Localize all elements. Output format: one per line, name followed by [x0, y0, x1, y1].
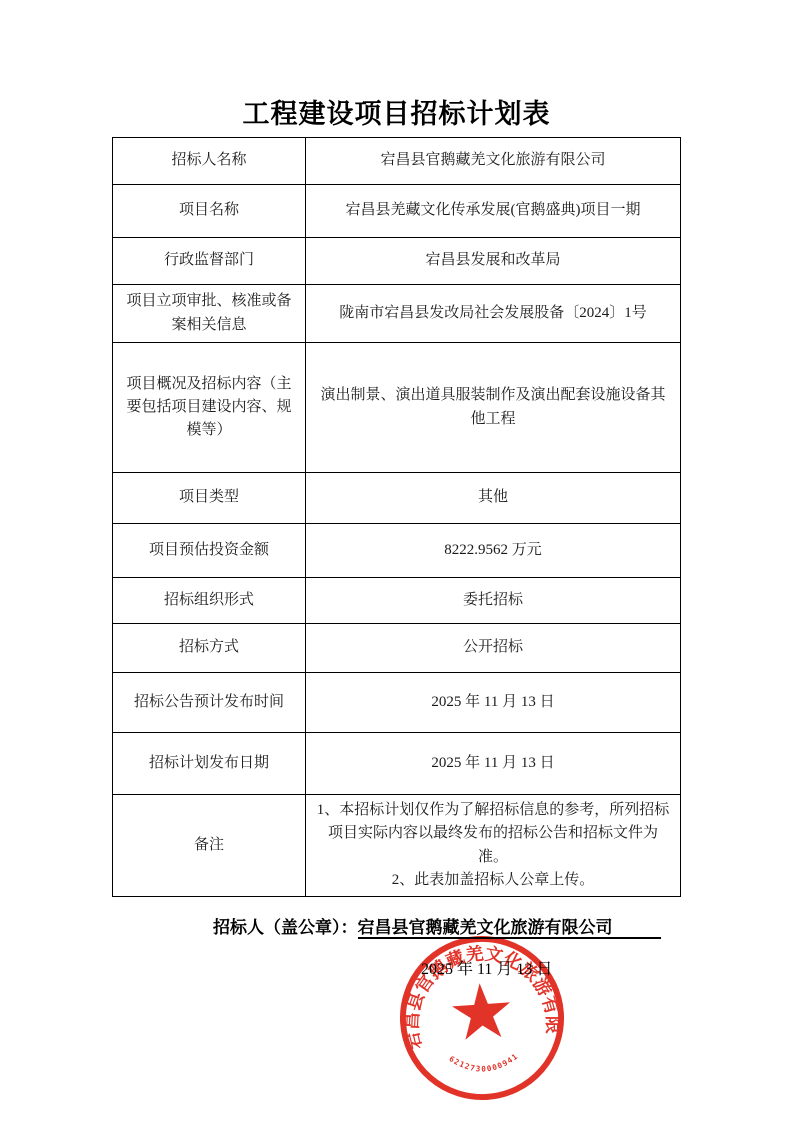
remark-line: 2、此表加盖招标人公章上传。 [314, 869, 672, 892]
row-label: 项目预估投资金额 [113, 524, 306, 578]
table-row: 项目类型 其他 [113, 473, 681, 524]
table-row: 项目名称 宕昌县羌藏文化传承发展(官鹅盛典)项目一期 [113, 185, 681, 238]
table-row: 项目预估投资金额 8222.9562 万元 [113, 524, 681, 578]
table-row: 项目概况及招标内容（主要包括项目建设内容、规模等） 演出制景、演出道具服装制作及… [113, 343, 681, 473]
page-title: 工程建设项目招标计划表 [0, 92, 793, 131]
signature-line: 招标人（盖公章）：宕昌县官鹅藏羌文化旅游有限公司 [213, 913, 661, 938]
row-label: 招标方式 [113, 624, 306, 673]
row-label: 招标组织形式 [113, 578, 306, 624]
signature-label: 招标人（盖公章）： [213, 918, 358, 937]
remark-line: 1、本招标计划仅作为了解招标信息的参考，所列招标项目实际内容以最终发布的招标公告… [314, 799, 672, 869]
row-label: 项目立项审批、核准或备案相关信息 [113, 285, 306, 343]
row-value: 8222.9562 万元 [306, 524, 681, 578]
table-row: 招标人名称 宕昌县官鹅藏羌文化旅游有限公司 [113, 138, 681, 185]
row-value: 演出制景、演出道具服装制作及演出配套设施设备其他工程 [306, 343, 681, 473]
seal-star-icon [451, 981, 513, 1040]
row-label: 行政监督部门 [113, 238, 306, 285]
table-row: 备注 1、本招标计划仅作为了解招标信息的参考，所列招标项目实际内容以最终发布的招… [113, 795, 681, 897]
seal-code-text: 6212730000941 [447, 1049, 521, 1076]
row-label: 项目概况及招标内容（主要包括项目建设内容、规模等） [113, 343, 306, 473]
row-value: 宕昌县官鹅藏羌文化旅游有限公司 [306, 138, 681, 185]
row-label: 项目名称 [113, 185, 306, 238]
row-label: 招标公告预计发布时间 [113, 673, 306, 733]
table-row: 招标方式 公开招标 [113, 624, 681, 673]
row-label: 招标人名称 [113, 138, 306, 185]
row-value: 公开招标 [306, 624, 681, 673]
row-label: 招标计划发布日期 [113, 733, 306, 795]
table-row: 行政监督部门 宕昌县发展和改革局 [113, 238, 681, 285]
row-value: 2025 年 11 月 13 日 [306, 673, 681, 733]
svg-text:6212730000941: 6212730000941 [447, 1049, 521, 1076]
company-seal: 宕昌县官鹅藏羌文化旅游有限公司 6212730000941 [391, 927, 572, 1108]
table-row: 招标计划发布日期 2025 年 11 月 13 日 [113, 733, 681, 795]
row-value: 2025 年 11 月 13 日 [306, 733, 681, 795]
table-row: 招标组织形式 委托招标 [113, 578, 681, 624]
table-row: 招标公告预计发布时间 2025 年 11 月 13 日 [113, 673, 681, 733]
row-value: 其他 [306, 473, 681, 524]
row-label: 项目类型 [113, 473, 306, 524]
row-value: 委托招标 [306, 578, 681, 624]
row-value: 宕昌县发展和改革局 [306, 238, 681, 285]
row-label: 备注 [113, 795, 306, 897]
row-value: 宕昌县羌藏文化传承发展(官鹅盛典)项目一期 [306, 185, 681, 238]
table-row: 项目立项审批、核准或备案相关信息 陇南市宕昌县发改局社会发展股备〔2024〕1号 [113, 285, 681, 343]
bidding-plan-table: 招标人名称 宕昌县官鹅藏羌文化旅游有限公司 项目名称 宕昌县羌藏文化传承发展(官… [112, 137, 681, 897]
row-value-remark: 1、本招标计划仅作为了解招标信息的参考，所列招标项目实际内容以最终发布的招标公告… [306, 795, 681, 897]
row-value: 陇南市宕昌县发改局社会发展股备〔2024〕1号 [306, 285, 681, 343]
